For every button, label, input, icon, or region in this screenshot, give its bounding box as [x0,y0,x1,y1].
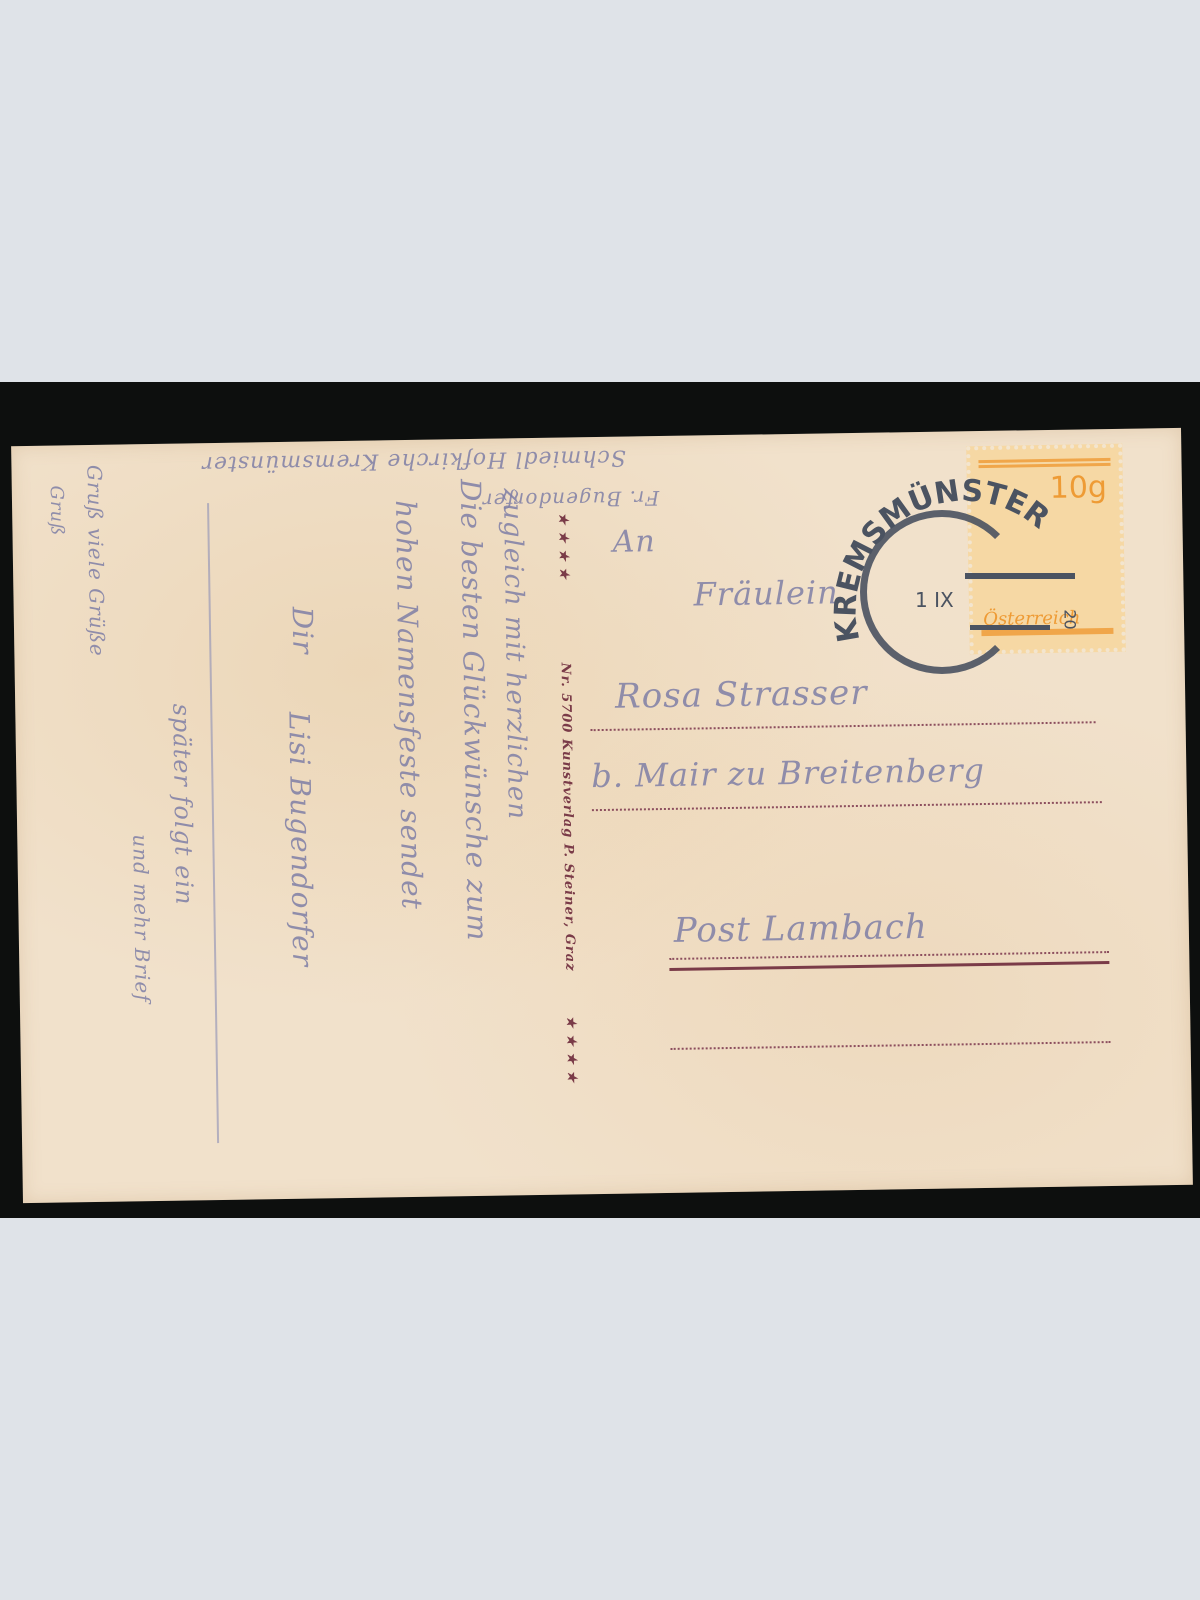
postmark-year: 20 [1061,609,1080,629]
address-line-post: Post Lambach [674,907,929,951]
address-line-an: An [612,524,656,560]
postmark: KREMSMÜNSTER 1 IX 20 [820,470,1090,730]
message-column-5: Lisi Bugendorfer [282,711,319,967]
address-rule-4 [671,1041,1111,1050]
margin-note-4: Gruß [46,485,68,536]
stars-left: ★ ★ ★ ★ [555,512,571,579]
postmark-date: 1 IX [915,588,954,612]
margin-note-2: und mehr Brief [128,834,155,1003]
address-line-fraulein: Fräulein [693,573,839,613]
address-rule-3-solid [669,961,1109,971]
publisher-imprint: ★ ★ ★ ★ Nr. 5700 Kunstverlag P. Steiner,… [555,512,579,1083]
message-column-4: Dir [286,606,320,654]
upside-down-note: Schmiedl Hofkirche Kremsmünster [201,445,626,477]
address-rule-3 [669,951,1109,960]
margin-note-1: später folgt ein [167,703,198,905]
margin-note-3: Gruß viele Grüße [82,465,109,657]
publisher-text: Nr. 5700 Kunstverlag P. Steiner, Graz [558,663,578,972]
postmark-bar [965,573,1075,579]
stars-right: ★ ★ ★ ★ [563,1016,579,1083]
postmark-bar-lower [970,625,1050,630]
message-column-2: Die besten Glückwünsche zum [454,479,494,942]
address-rule-2 [592,801,1102,811]
address-line-location: b. Mair zu Breitenberg [591,751,985,795]
message-column-3: hohen Namensfeste sendet [389,500,428,910]
message-column-1: zugleich mit herzlichen [497,488,532,820]
pencil-divider [207,503,219,1143]
